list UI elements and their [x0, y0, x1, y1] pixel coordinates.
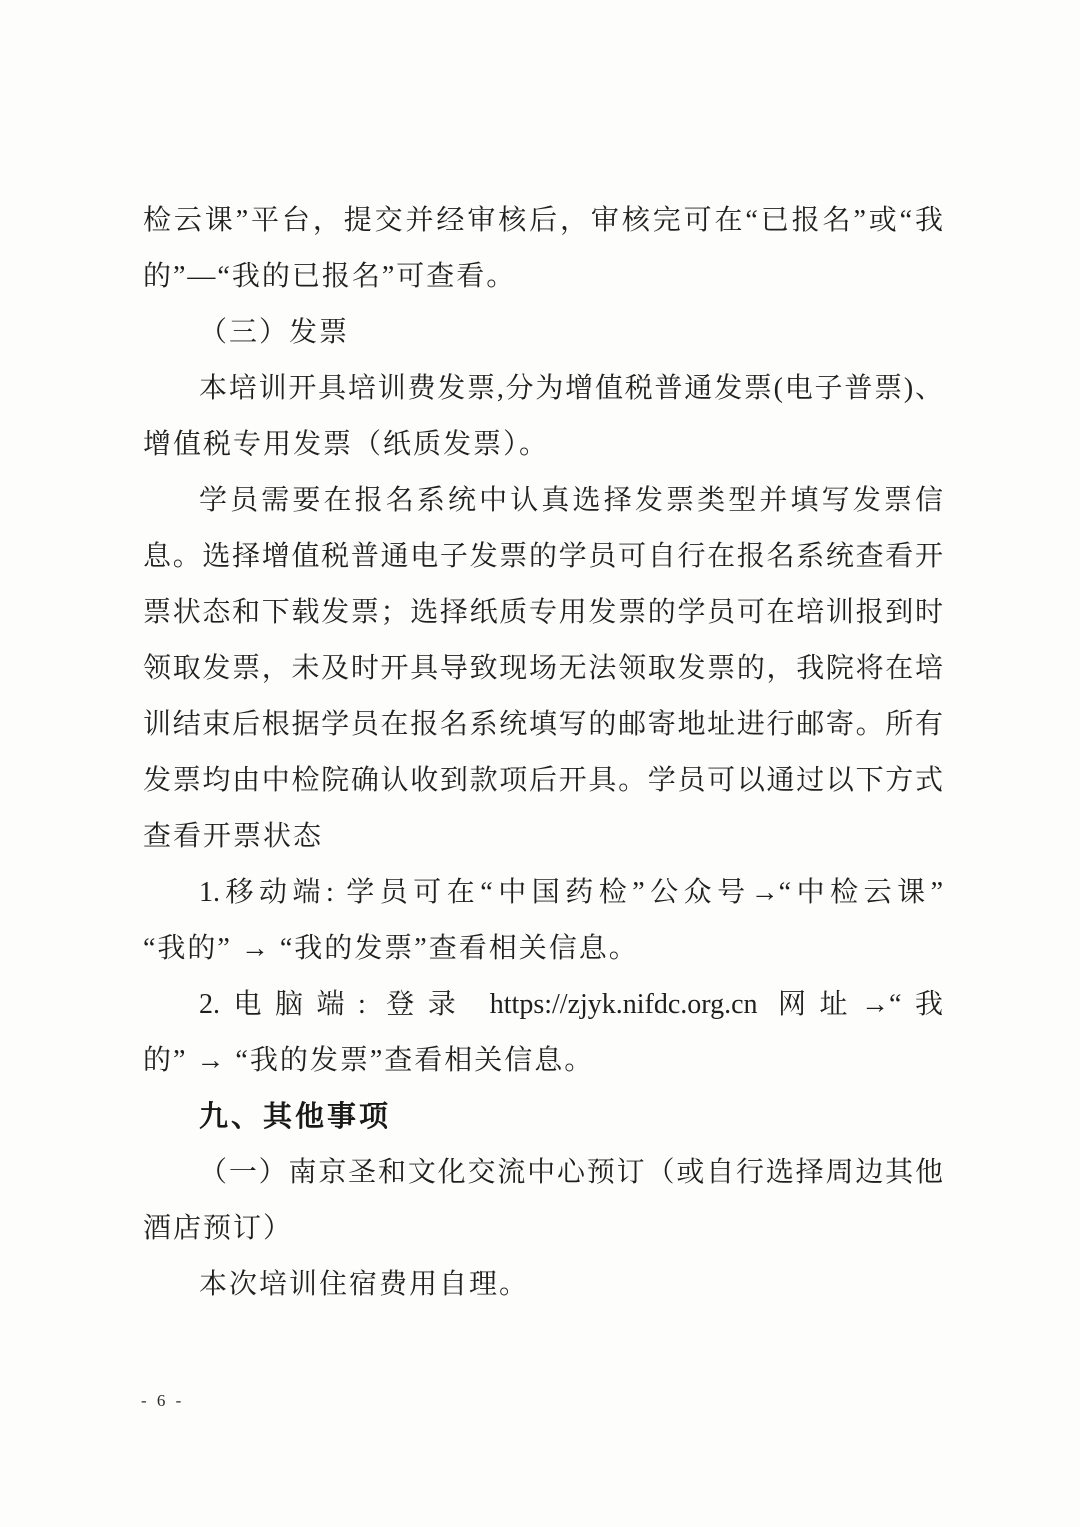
- section-heading: 九、其他事项: [143, 1089, 943, 1145]
- document-line: （三）发票: [143, 305, 943, 361]
- document-line: 1.移动端: 学员可在“中国药检”公众号→“中检云课”: [143, 865, 943, 921]
- document-line: 的” → “我的发票”查看相关信息。: [143, 1033, 943, 1089]
- document-body: 检云课”平台，提交并经审核后，审核完可在“已报名”或“我的”—“我的已报名”可查…: [143, 193, 943, 1313]
- document-line: 查看开票状态: [143, 809, 943, 865]
- document-line: 训结束后根据学员在报名系统填写的邮寄地址进行邮寄。所有: [143, 697, 943, 753]
- document-line: “我的” → “我的发票”查看相关信息。: [143, 921, 943, 977]
- document-line: 2.电脑端: 登录 https://zjyk.nifdc.org.cn 网址→“…: [143, 977, 943, 1033]
- document-line: 领取发票，未及时开具导致现场无法领取发票的，我院将在培: [143, 641, 943, 697]
- document-line: 息。选择增值税普通电子发票的学员可自行在报名系统查看开: [143, 529, 943, 585]
- document-line: 的”—“我的已报名”可查看。: [143, 249, 943, 305]
- document-page: 检云课”平台，提交并经审核后，审核完可在“已报名”或“我的”—“我的已报名”可查…: [0, 0, 1080, 1527]
- document-line: 酒店预订）: [143, 1201, 943, 1257]
- document-line: 本培训开具培训费发票,分为增值税普通发票(电子普票)、: [143, 361, 943, 417]
- document-line: 发票均由中检院确认收到款项后开具。学员可以通过以下方式: [143, 753, 943, 809]
- document-line: 学员需要在报名系统中认真选择发票类型并填写发票信: [143, 473, 943, 529]
- document-line: 本次培训住宿费用自理。: [143, 1257, 943, 1313]
- document-line: （一）南京圣和文化交流中心预订（或自行选择周边其他: [143, 1145, 943, 1201]
- page-number: - 6 -: [141, 1391, 184, 1411]
- document-line: 票状态和下载发票；选择纸质专用发票的学员可在培训报到时: [143, 585, 943, 641]
- document-line: 增值税专用发票（纸质发票）。: [143, 417, 943, 473]
- document-line: 检云课”平台，提交并经审核后，审核完可在“已报名”或“我: [143, 193, 943, 249]
